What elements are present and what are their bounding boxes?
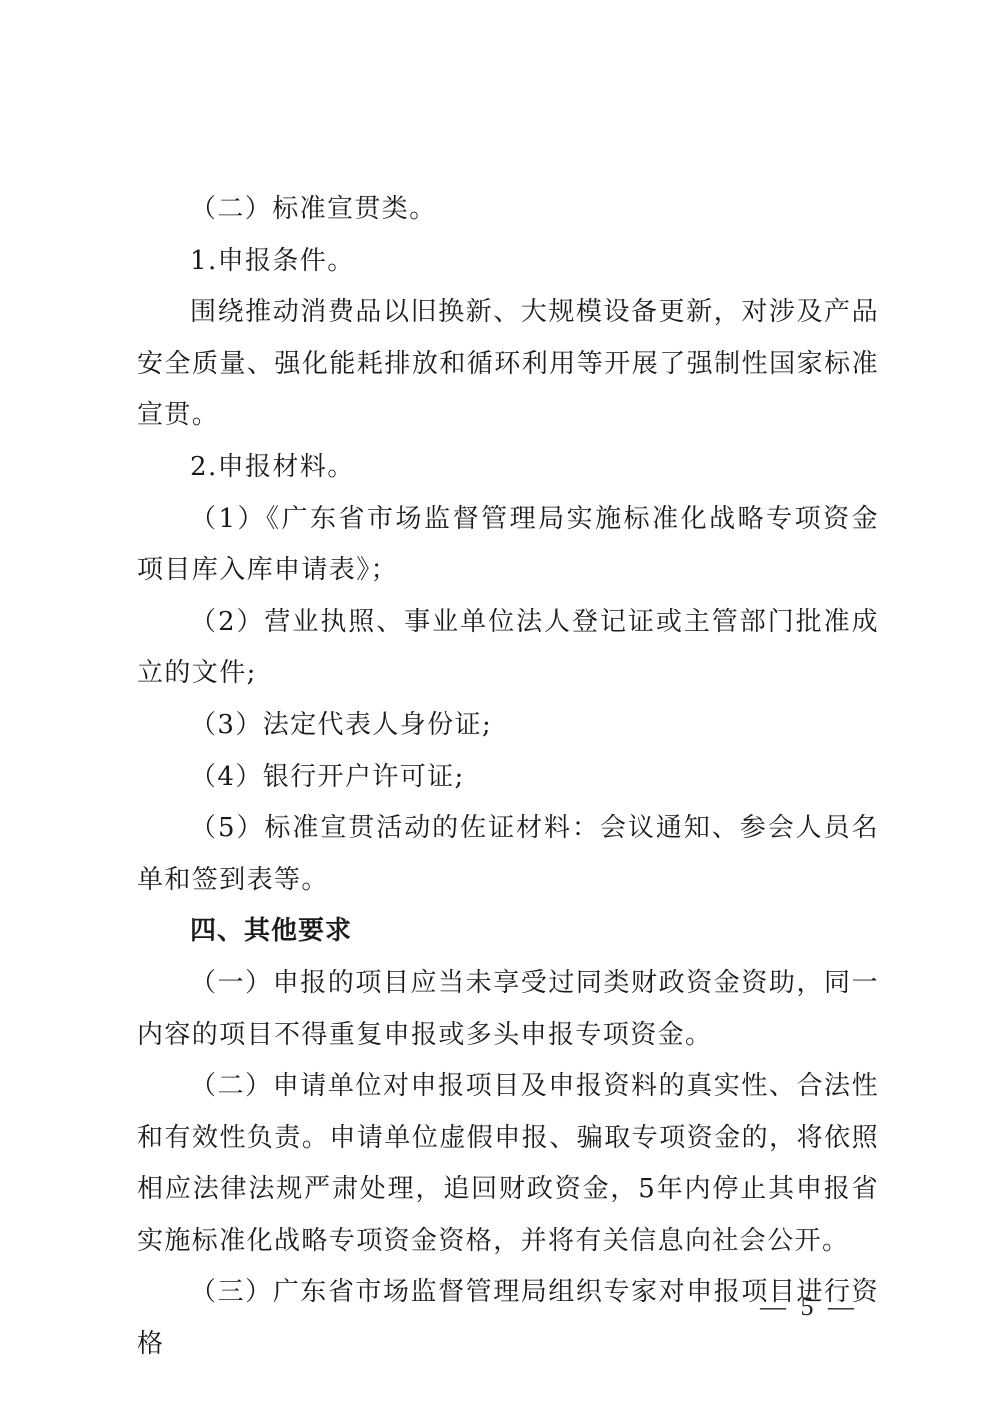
item-1-title: 1.申报条件。 xyxy=(137,236,879,288)
page-number: — 5 — xyxy=(760,1292,858,1322)
material-1: （1）《广东省市场监督管理局实施标准化战略专项资金项目库入库申请表》； xyxy=(137,494,879,597)
requirement-1: （一）申报的项目应当未享受过同类财政资金资助，同一内容的项目不得重复申报或多头申… xyxy=(137,958,879,1061)
material-4: （4）银行开户许可证; xyxy=(137,752,879,804)
item-1-body: 围绕推动消费品以旧换新、大规模设备更新，对涉及产品安全质量、强化能耗排放和循环利… xyxy=(137,287,879,442)
document-page: （二）标准宣贯类。 1.申报条件。 围绕推动消费品以旧换新、大规模设备更新，对涉… xyxy=(137,184,879,1371)
section-2-title: （二）标准宣贯类。 xyxy=(137,184,879,236)
item-2-title: 2.申报材料。 xyxy=(137,442,879,494)
requirement-2: （二）申请单位对申报项目及申报资料的真实性、合法性和有效性负责。申请单位虚假申报… xyxy=(137,1061,879,1267)
material-2: （2）营业执照、事业单位法人登记证或主管部门批准成立的文件; xyxy=(137,597,879,700)
material-3: （3）法定代表人身份证; xyxy=(137,700,879,752)
material-5: （5）标准宣贯活动的佐证材料：会议通知、参会人员名单和签到表等。 xyxy=(137,803,879,906)
section-4-heading: 四、其他要求 xyxy=(137,906,879,958)
